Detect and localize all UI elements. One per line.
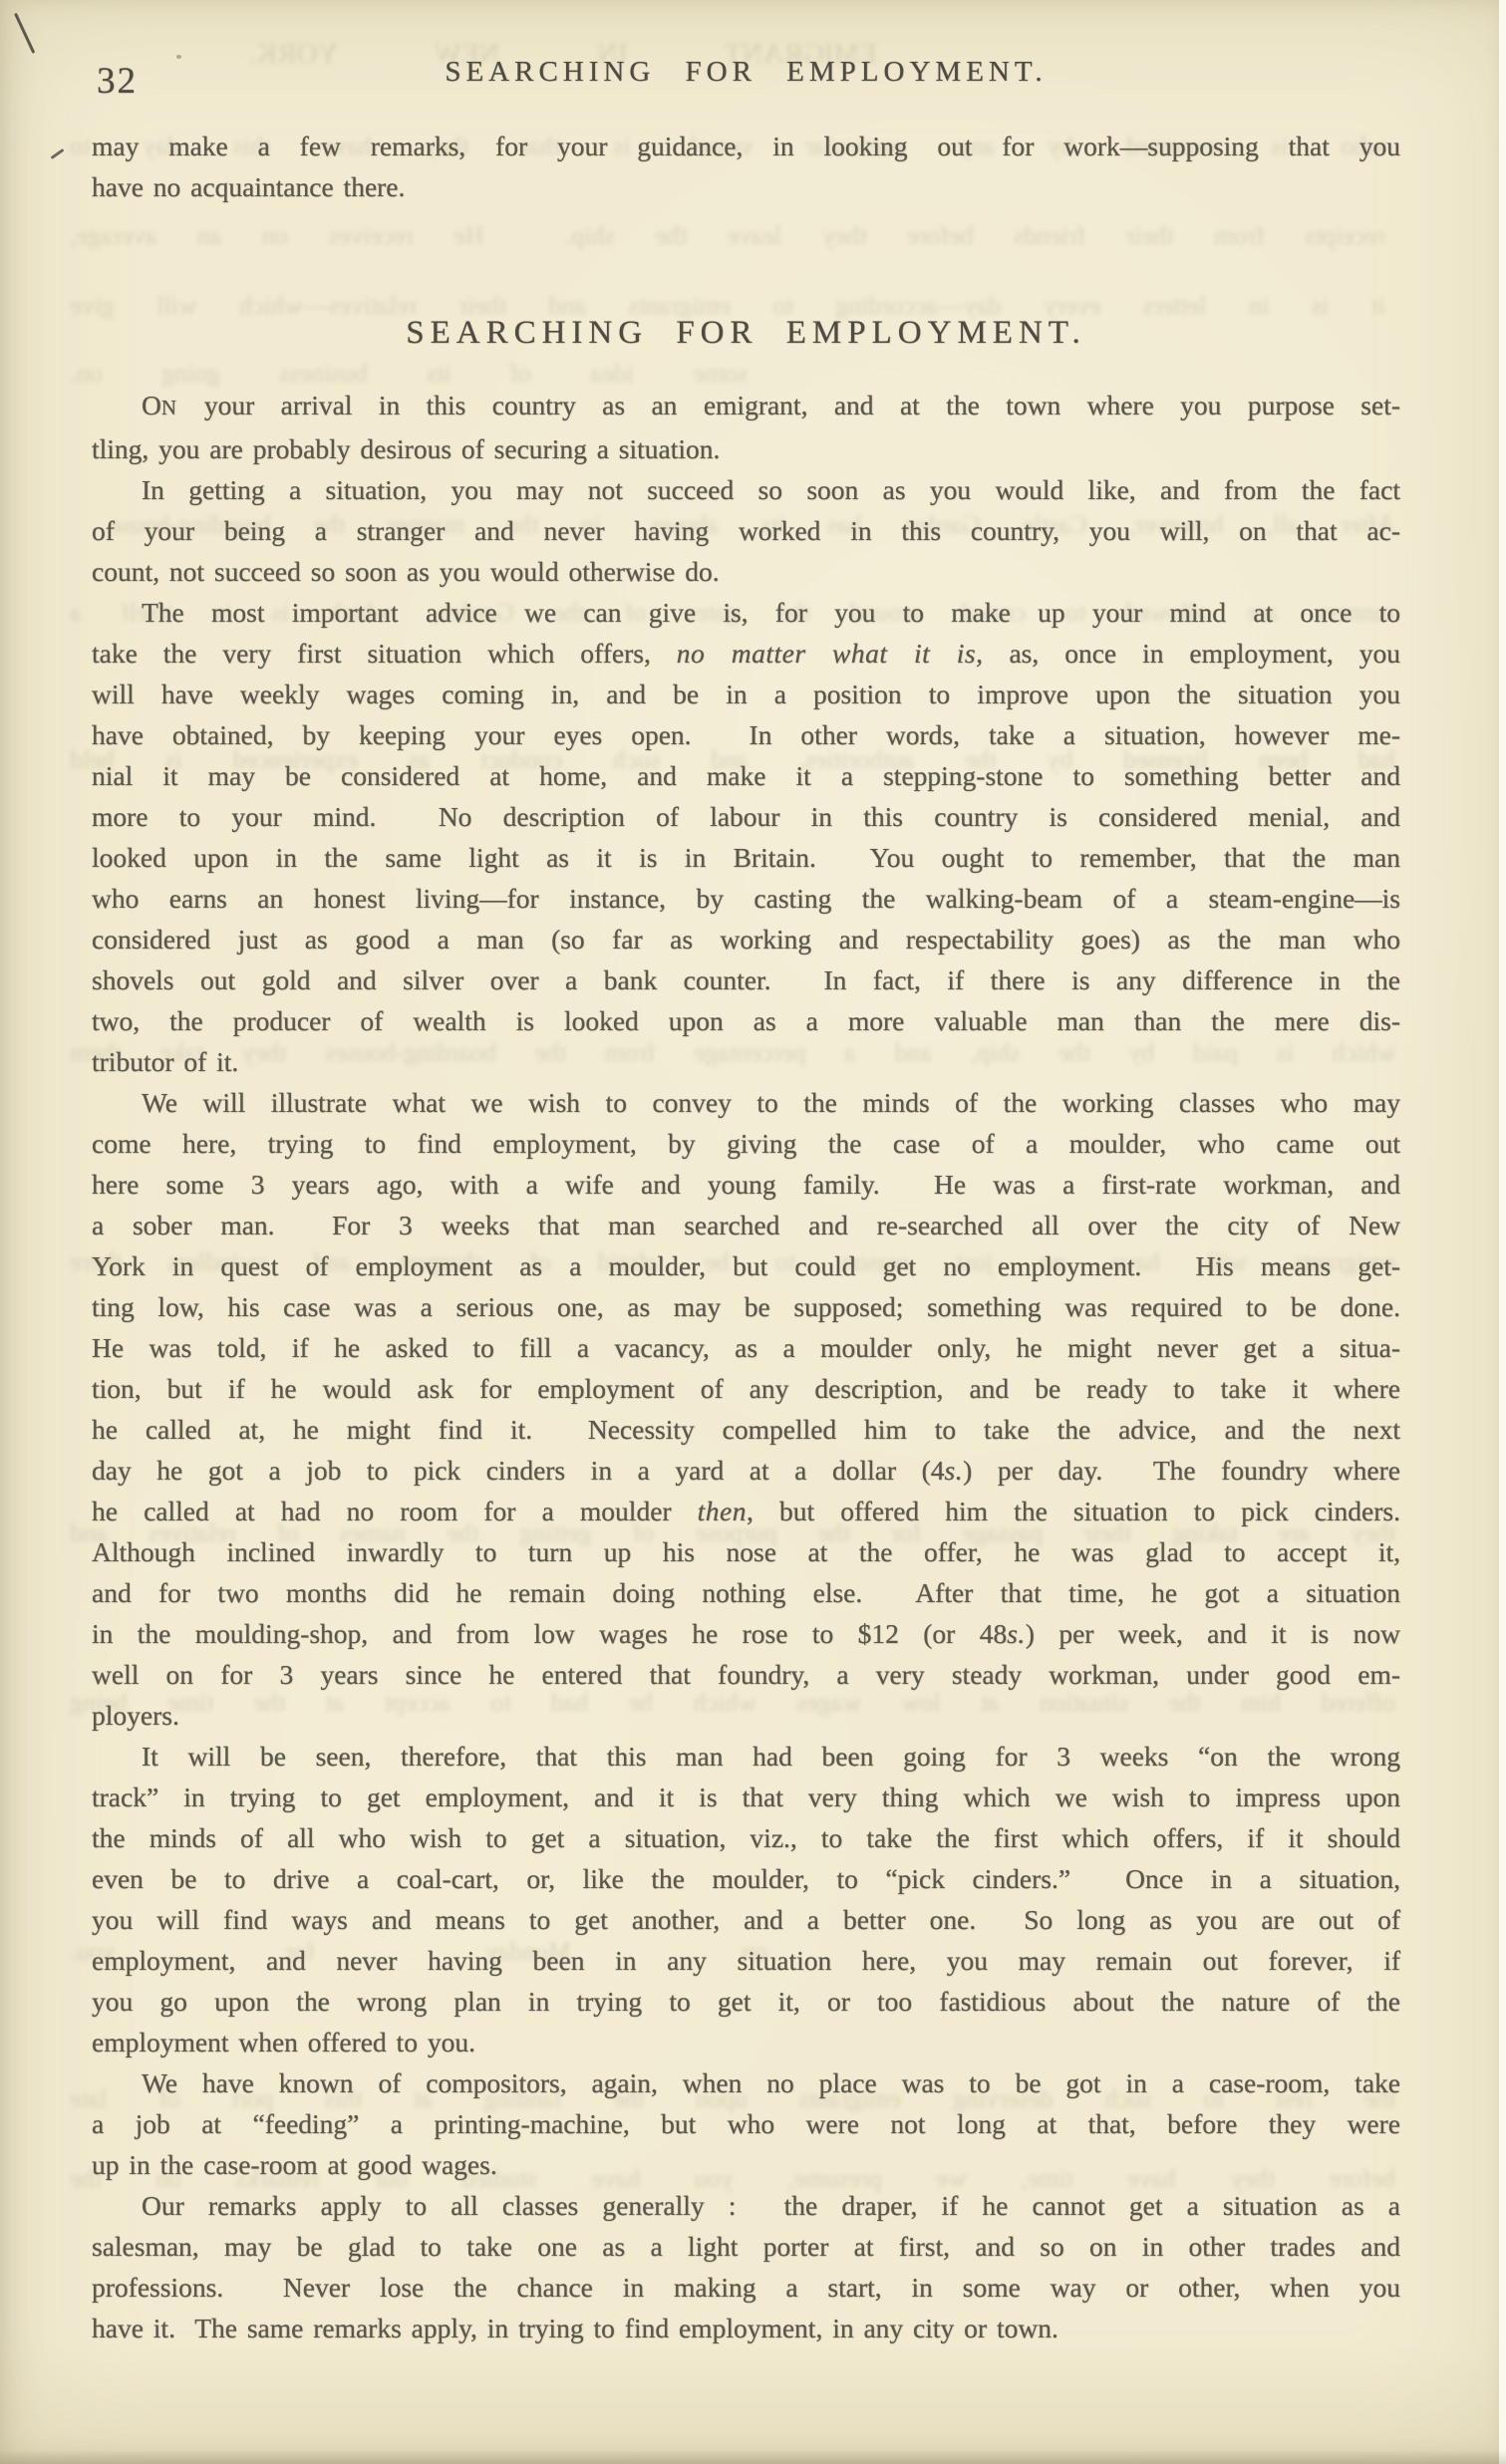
text-line: here some 3 years ago, with a wife and y… <box>92 1164 1400 1205</box>
text-line: employment, and never having been in any… <box>92 1940 1400 1981</box>
text-line: Our remarks apply to all classes general… <box>92 2185 1400 2226</box>
text-column: may make a few remarks, for your guidanc… <box>92 0 1400 2348</box>
pen-tick-mark <box>50 148 64 159</box>
text-line: Although inclined inwardly to turn up hi… <box>92 1531 1400 1572</box>
text-line: even be to drive a coal-cart, or, like t… <box>92 1858 1400 1899</box>
text-line: It will be seen, therefore, that this ma… <box>92 1736 1400 1777</box>
text-line: The most important advice we can give is… <box>92 592 1400 633</box>
text-line: day he got a job to pick cinders in a ya… <box>92 1450 1400 1491</box>
text-line: tling, you are probably desirous of secu… <box>92 428 1400 469</box>
text-line: up in the case-room at good wages. <box>92 2144 1400 2185</box>
text-line: track” in trying to get employment, and … <box>92 1777 1400 1817</box>
text-line: take the very first situation which offe… <box>92 633 1400 674</box>
text-line: ting low, his case was a serious one, as… <box>92 1286 1400 1327</box>
text-line: two, the producer of wealth is looked up… <box>92 1000 1400 1041</box>
text-line: in the moulding-shop, and from low wages… <box>92 1613 1400 1654</box>
text-line: may make a few remarks, for your guidanc… <box>92 126 1400 166</box>
text-line: well on for 3 years since he entered tha… <box>92 1654 1400 1695</box>
text-line: come here, trying to find employment, by… <box>92 1123 1400 1164</box>
text-line: He was told, if he asked to fill a vacan… <box>92 1327 1400 1368</box>
paragraph: Our remarks apply to all classes general… <box>92 2185 1400 2348</box>
text-line: professions. Never lose the chance in ma… <box>92 2267 1400 2308</box>
paragraph: The most important advice we can give is… <box>92 592 1400 1082</box>
text-line: you go upon the wrong plan in trying to … <box>92 1981 1400 2022</box>
text-line: have it. The same remarks apply, in tryi… <box>92 2308 1400 2348</box>
text-line: the minds of all who wish to get a situa… <box>92 1817 1400 1858</box>
text-line: a job at “feeding” a printing-machine, b… <box>92 2103 1400 2144</box>
text-line: ON your arrival in this country as an em… <box>92 385 1400 428</box>
text-line: We will illustrate what we wish to conve… <box>92 1082 1400 1123</box>
text-line: more to your mind. No description of lab… <box>92 796 1400 837</box>
text-line: he called at had no room for a moulder t… <box>92 1491 1400 1531</box>
bottom-shadow <box>0 2450 1506 2464</box>
text-line: and for two months did he remain doing n… <box>92 1572 1400 1613</box>
text-line: We have known of compositors, again, whe… <box>92 2062 1400 2103</box>
text-line: In getting a situation, you may not succ… <box>92 469 1400 510</box>
paragraph: In getting a situation, you may not succ… <box>92 469 1400 592</box>
text-line: salesman, may be glad to take one as a l… <box>92 2226 1400 2267</box>
text-line: you will find ways and means to get anot… <box>92 1899 1400 1940</box>
text-line: ployers. <box>92 1695 1400 1736</box>
paragraph: may make a few remarks, for your guidanc… <box>92 126 1400 207</box>
text-line: have obtained, by keeping your eyes open… <box>92 714 1400 755</box>
text-line: have no acquaintance there. <box>92 166 1400 207</box>
paragraph: ON your arrival in this country as an em… <box>92 385 1400 469</box>
text-line: considered just as good a man (so far as… <box>92 919 1400 959</box>
text-line: count, not succeed so soon as you would … <box>92 551 1400 592</box>
text-line: a sober man. For 3 weeks that man search… <box>92 1205 1400 1245</box>
text-line: nial it may be considered at home, and m… <box>92 755 1400 796</box>
paragraph: We will illustrate what we wish to conve… <box>92 1082 1400 1736</box>
paragraph: It will be seen, therefore, that this ma… <box>92 1736 1400 2062</box>
paragraph: We have known of compositors, again, whe… <box>92 2062 1400 2185</box>
scan-edge-right <box>1499 0 1506 2464</box>
text-line: York in quest of employment as a moulder… <box>92 1245 1400 1286</box>
text-line: shovels out gold and silver over a bank … <box>92 959 1400 1000</box>
scanned-book-page: EMIGRANT IN NEW YORK.who is expected by … <box>0 0 1506 2464</box>
text-line: tion, but if he would ask for employment… <box>92 1368 1400 1409</box>
text-line: looked upon in the same light as it is i… <box>92 837 1400 878</box>
text-line: employment when offered to you. <box>92 2022 1400 2062</box>
text-line: who earns an honest living—for instance,… <box>92 878 1400 919</box>
text-line: he called at, he might find it. Necessit… <box>92 1409 1400 1450</box>
text-line: of your being a stranger and never havin… <box>92 510 1400 551</box>
section-heading: SEARCHING FOR EMPLOYMENT. <box>92 311 1400 355</box>
text-line: will have weekly wages coming in, and be… <box>92 674 1400 714</box>
pen-stroke-mark <box>14 13 35 54</box>
text-line: tributor of it. <box>92 1041 1400 1082</box>
